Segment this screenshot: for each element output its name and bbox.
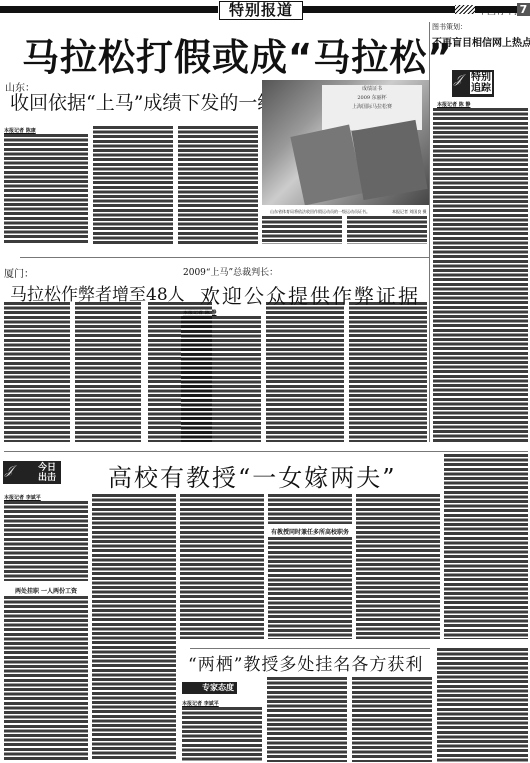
signature-icon: 𝒥 — [5, 463, 13, 478]
story3-col3 — [266, 302, 344, 442]
story3-kicker: 2009“上马”总裁判长： — [183, 265, 278, 278]
masthead-left-bar: E-mail:xiajasblabaubod@gmail.com 本版编辑/徐 … — [0, 6, 218, 13]
story5-title: “两栖”教授多处挂名各方获利 — [188, 650, 423, 675]
divider — [20, 257, 430, 258]
story4-col1a — [4, 501, 88, 581]
story5-col2 — [267, 677, 347, 762]
story2-col1 — [4, 302, 70, 442]
story1-col1 — [4, 134, 88, 244]
story3-col4 — [349, 302, 427, 442]
story2-col2 — [75, 302, 141, 442]
story4-col4b — [268, 537, 352, 639]
certificate-photo: 成绩证书 2009 东丽杯 上海国际马拉松赛 — [262, 80, 430, 205]
badge-label: 今日出击 — [37, 463, 59, 483]
issue-date: 2010年2月10日 星期三 — [398, 12, 441, 19]
story4-subhead1: 两处挂职 一人两份工资 — [4, 586, 88, 595]
sidebar-body — [433, 108, 528, 443]
photo-credit: 本报记者 刘国良 摄 — [392, 209, 427, 215]
story5-col1 — [182, 707, 262, 762]
masthead: E-mail:xiajasblabaubod@gmail.com 本版编辑/徐 … — [0, 0, 530, 20]
story5-col3 — [352, 677, 432, 762]
sidebar-title: 图书策划： — [432, 22, 467, 32]
story5-byline: 本报记者 李斌平 — [182, 700, 219, 707]
badge-label: 特别追踪 — [470, 72, 492, 94]
story1-col5 — [347, 216, 427, 244]
story4-col1b — [4, 596, 88, 761]
story4-byline: 本报记者 李斌平 — [4, 494, 41, 501]
story4-col5 — [356, 494, 440, 639]
sidebar-byline: 本报记者 陈 静 — [437, 101, 470, 108]
certificate-label: 成绩证书 — [322, 85, 422, 94]
story1-col2 — [93, 126, 173, 244]
photo-caption: 山东省体育局将依法收回作假运动员的一级运动员证书。 — [270, 209, 370, 215]
section-title: 特别报道 — [219, 1, 303, 20]
divider — [190, 648, 430, 649]
story4-col3 — [180, 494, 264, 639]
certificate-book — [351, 120, 427, 200]
signature-icon: 𝒥 — [454, 72, 462, 87]
certificate-event-line2: 上海国际马拉松赛 — [322, 103, 422, 112]
story1-col3 — [178, 126, 258, 244]
special-tracking-badge: 𝒥 特别追踪 — [452, 70, 494, 97]
section-en: Special Report — [306, 12, 335, 19]
badge-label: 专家态度 — [201, 682, 235, 694]
column-divider — [429, 22, 430, 442]
story1-byline: 本报记者 陈康 — [4, 127, 36, 134]
decorative-stripes — [455, 5, 475, 14]
expert-opinion-badge: 专家态度 — [182, 682, 237, 694]
story4-col6 — [444, 454, 528, 639]
email-text: E-mail:xiajasblabaubod@gmail.com — [3, 12, 75, 19]
story2-kicker: 厦门： — [4, 265, 34, 280]
story4-col4a — [268, 494, 352, 524]
story5-col4 — [437, 648, 528, 762]
story4-title: 高校有教授“一女嫁两夫” — [108, 458, 397, 493]
page-number: 7 — [517, 3, 530, 16]
main-headline: 马拉松打假或成“马拉松” — [22, 27, 453, 81]
story4-subhead2: 有教授同时兼任多所高校职务 — [268, 527, 352, 536]
sidebar-headline: 不再盲目相信网上热点 — [432, 34, 530, 49]
certificate-event-line1: 2009 东丽杯 — [322, 94, 422, 103]
divider — [4, 451, 528, 452]
editor-info: 本版编辑/徐 亮 Tel: 010-66955023 — [140, 12, 205, 19]
story4-col2 — [92, 494, 176, 761]
today-strike-badge: 𝒥 今日出击 — [3, 461, 61, 484]
story1-col4 — [262, 216, 342, 244]
story3-col2 — [181, 316, 261, 442]
